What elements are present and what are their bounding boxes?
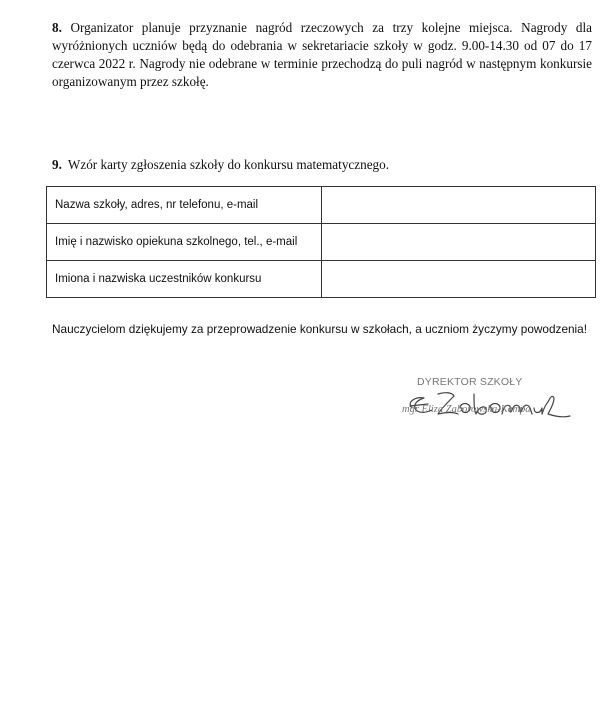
section-8-number: 8. [52,20,62,35]
section-8-text: Organizator planuje przyznanie nagród rz… [52,20,592,89]
closing-thanks: Nauczycielom dziękujemy za przeprowadzen… [52,322,587,336]
supervisor-info-field[interactable] [322,224,596,261]
school-info-field[interactable] [322,187,596,224]
supervisor-info-label: Imię i nazwisko opiekuna szkolnego, tel.… [47,224,322,261]
participants-label: Imiona i nazwiska uczestników konkursu [47,261,322,298]
table-row: Imię i nazwisko opiekuna szkolnego, tel.… [47,224,596,261]
director-name-stamp: mgr Eliza Zaborowska-Kempa [402,404,531,415]
section-9-number: 9. [52,157,62,172]
director-title-stamp: DYREKTOR SZKOŁY [417,376,523,388]
table-row: Nazwa szkoły, adres, nr telefonu, e-mail [47,187,596,224]
section-8-paragraph: 8. Organizator planuje przyznanie nagród… [52,19,592,91]
section-9-heading: 9.Wzór karty zgłoszenia szkoły do konkur… [52,156,389,174]
table-row: Imiona i nazwiska uczestników konkursu [47,261,596,298]
section-9-heading-text: Wzór karty zgłoszenia szkoły do konkursu… [68,157,389,172]
school-info-label: Nazwa szkoły, adres, nr telefonu, e-mail [47,187,322,224]
participants-field[interactable] [322,261,596,298]
registration-form-table: Nazwa szkoły, adres, nr telefonu, e-mail… [46,186,596,298]
